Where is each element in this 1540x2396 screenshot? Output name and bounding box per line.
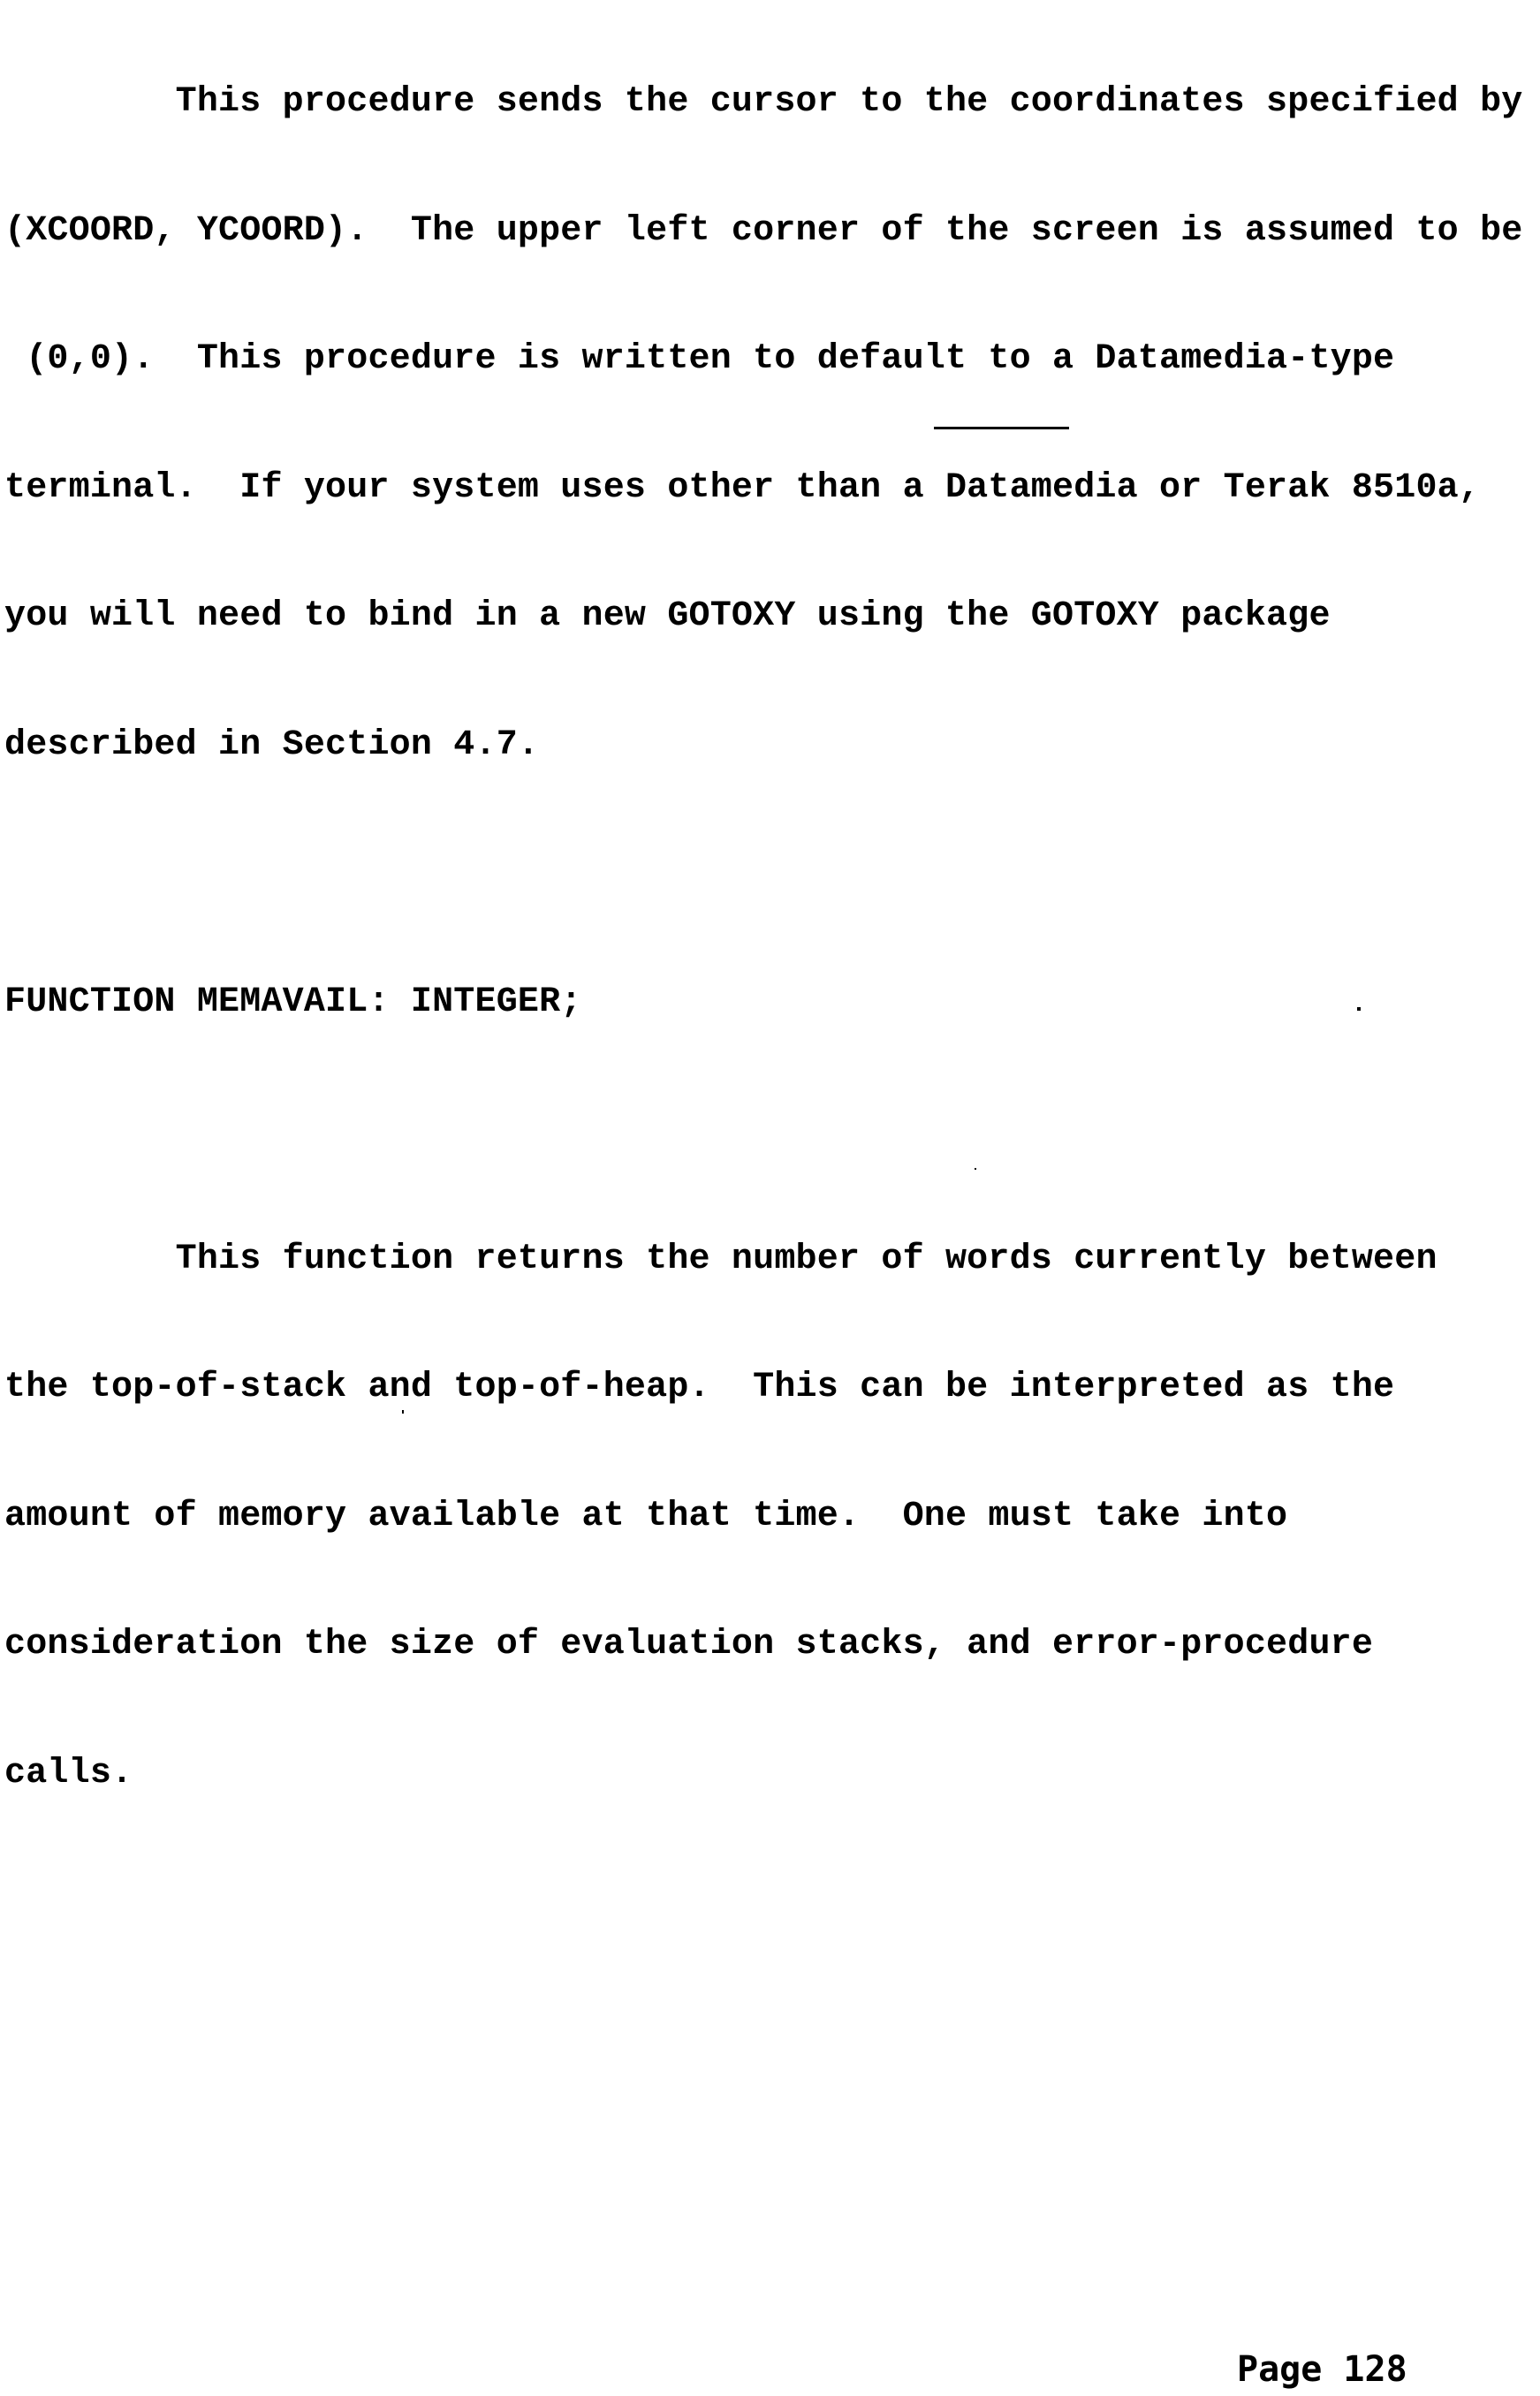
paragraph-2-line-5: calls. bbox=[4, 1753, 1522, 1796]
paragraph-2-line-2: the top-of-stack and top-of-heap. This c… bbox=[4, 1367, 1522, 1410]
scan-speck bbox=[402, 1410, 404, 1414]
function-heading: FUNCTION MEMAVAIL: INTEGER; bbox=[4, 982, 1522, 1025]
words-underline bbox=[934, 427, 1069, 429]
blank-line bbox=[4, 1110, 1522, 1153]
paragraph-2-line-4: consideration the size of evaluation sta… bbox=[4, 1624, 1522, 1667]
paragraph-1-line-1: This procedure sends the cursor to the c… bbox=[4, 81, 1522, 125]
paragraph-1-line-6: described in Section 4.7. bbox=[4, 724, 1522, 768]
paragraph-1-line-5: you will need to bind in a new GOTOXY us… bbox=[4, 595, 1522, 639]
paragraph-1-line-3: (0,0). This procedure is written to defa… bbox=[4, 338, 1522, 382]
scan-speck bbox=[975, 1168, 976, 1170]
blank-line bbox=[4, 853, 1522, 896]
scan-speck bbox=[1357, 1007, 1361, 1011]
paragraph-1-line-4: terminal. If your system uses other than… bbox=[4, 467, 1522, 511]
document-body: This procedure sends the cursor to the c… bbox=[4, 0, 1522, 1881]
paragraph-2-line-1: This function returns the number of word… bbox=[4, 1239, 1522, 1282]
paragraph-1-line-2: (XCOORD, YCOORD). The upper left corner … bbox=[4, 210, 1522, 254]
page-number: Page 128 bbox=[1237, 2350, 1407, 2389]
paragraph-2-line-3: amount of memory available at that time.… bbox=[4, 1496, 1522, 1539]
document-page: This procedure sends the cursor to the c… bbox=[0, 0, 1540, 2396]
